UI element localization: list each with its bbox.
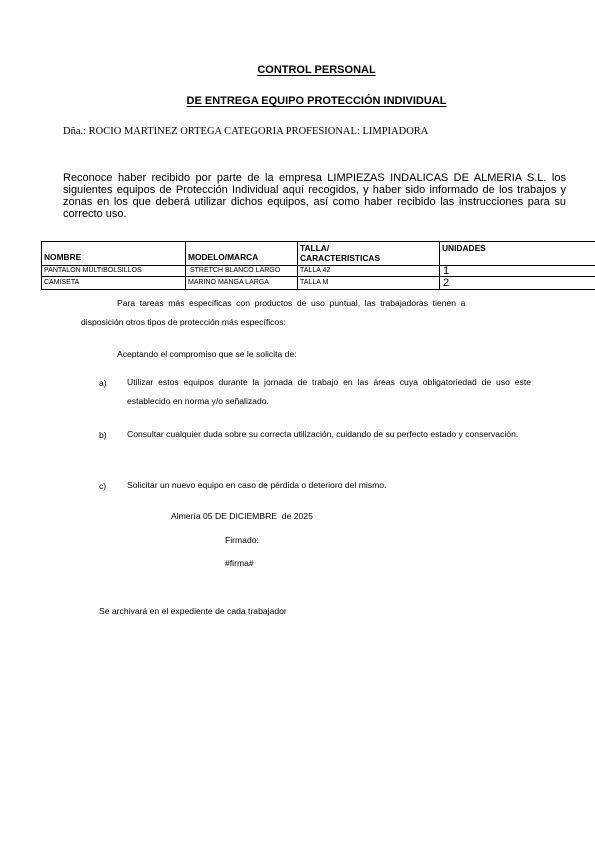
- document-subtitle: DE ENTREGA EQUIPO PROTECCIÓN INDIVIDUAL: [0, 95, 595, 107]
- column-header-unidades: UNIDADES: [442, 243, 486, 253]
- column-header-modelo: MODELO/MARCA: [188, 252, 258, 262]
- column-header-talla-line2: CARACTERISTICAS: [300, 253, 380, 263]
- table-cell-nombre: CAMISETA: [44, 278, 79, 287]
- signature-placeholder[interactable]: #firma#: [225, 558, 254, 569]
- employee-info: Dña.: ROCIO MARTINEZ ORTEGA CATEGORIA PR…: [63, 126, 428, 137]
- list-item: Solicitar un nuevo equipo en caso de pér…: [127, 476, 547, 495]
- place-date: Almería 05 DE DICIEMBRE de 2025: [171, 511, 313, 522]
- specific-paragraph-line1: Para tareas más especificas con producto…: [117, 298, 465, 309]
- column-header-talla-line1: TALLA/: [300, 243, 380, 253]
- list-item: Consultar cualquier duda sobre su correc…: [127, 425, 537, 444]
- list-marker: b): [99, 430, 107, 440]
- intro-paragraph: Reconoce haber recibido por parte de la …: [63, 172, 566, 220]
- table-cell-talla: TALLA M: [300, 278, 328, 287]
- document-title: CONTROL PERSONAL: [0, 64, 595, 76]
- signed-label: Firmado:: [225, 535, 259, 546]
- commitment-intro: Aceptando el compromiso que se le solici…: [117, 349, 297, 360]
- table-border: [41, 276, 595, 277]
- table-cell-nombre: PANTALON MULTIBOLSILLOS: [44, 266, 142, 275]
- table-border: [41, 241, 42, 290]
- table-cell-modelo: MARINO MANGA LARGA: [188, 278, 269, 287]
- column-header-nombre: NOMBRE: [44, 252, 81, 262]
- table-border: [41, 289, 595, 290]
- list-marker: c): [99, 481, 106, 491]
- table-border: [439, 241, 440, 290]
- table-border: [297, 241, 298, 290]
- table-cell-unidades: 1: [443, 265, 449, 277]
- table-border: [41, 241, 595, 242]
- table-cell-unidades: 2: [443, 277, 449, 289]
- table-border: [185, 241, 186, 290]
- archive-note: Se archivará en el expediente de cada tr…: [99, 606, 287, 617]
- column-header-talla: TALLA/ CARACTERISTICAS: [300, 243, 380, 263]
- list-marker: a): [99, 378, 107, 388]
- table-cell-talla: TALLA 42: [300, 266, 330, 275]
- specific-paragraph-line2: disposición otros tipos de protección má…: [81, 317, 286, 328]
- table-cell-modelo: STRETCH BLANCO LARGO: [188, 266, 280, 275]
- list-item: Utilizar estos equipos durante la jornad…: [127, 373, 531, 411]
